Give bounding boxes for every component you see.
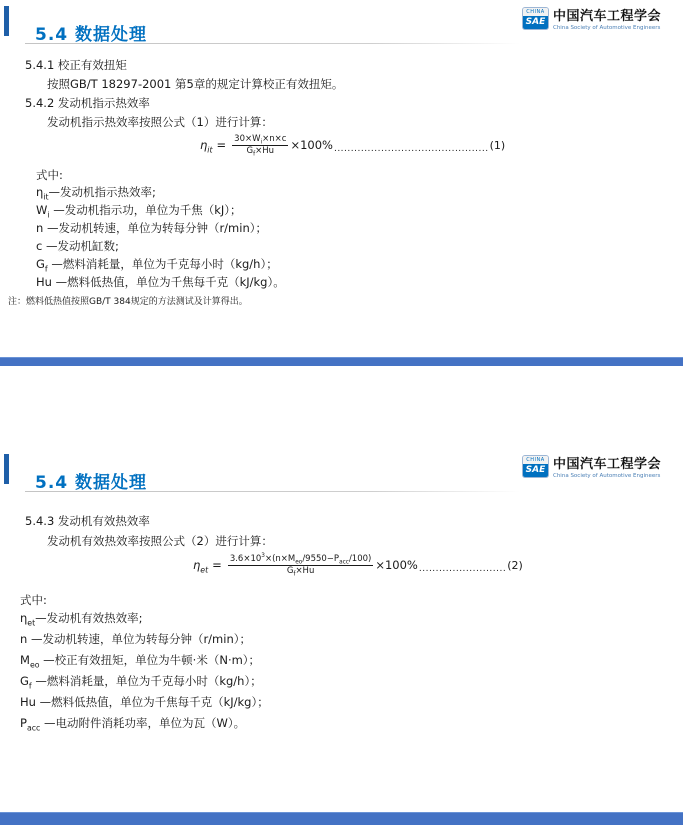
formula-2-number: (2): [507, 559, 523, 572]
badge-china-label: CHINA: [523, 8, 548, 16]
formula-1-numerator: 30×Wi×n×c: [232, 134, 288, 146]
formula-2-suffix: ×100%: [375, 558, 418, 572]
org-name: 中国汽车工程学会: [553, 453, 661, 472]
formula-1-dots: ........................................…: [334, 144, 489, 156]
title-accent-bar: [4, 454, 9, 484]
formula-1-denominator: Gf×Hu: [245, 146, 277, 157]
var-line: c —发动机缸数;: [36, 238, 119, 254]
formula-2-lhs: ηet: [193, 558, 208, 572]
formula-1-suffix: ×100%: [290, 138, 333, 152]
csae-logo: CHINA SAE 中国汽车工程学会 China Society of Auto…: [522, 453, 661, 479]
section-heading-541: 5.4.1 校正有效扭矩: [25, 57, 127, 73]
sae-badge-icon: CHINA SAE: [522, 455, 549, 478]
section-heading-542: 5.4.2 发动机指示热效率: [25, 95, 150, 111]
formula-2-numerator: 3.6×103×(n×Meo/9550−Pacc/100): [228, 554, 374, 566]
org-subtitle: China Society of Automotive Engineers: [553, 473, 661, 479]
formula-1-number: (1): [490, 139, 506, 152]
section-heading-543: 5.4.3 发动机有效热效率: [25, 513, 150, 529]
var-line: ηit—发动机指示热效率;: [36, 184, 156, 200]
section-body-541: 按照GB/T 18297-2001 第5章的规定计算校正有效扭矩。: [47, 76, 343, 92]
csae-logo: CHINA SAE 中国汽车工程学会 China Society of Auto…: [522, 5, 661, 31]
formula-2-denominator: Gf×Hu: [285, 566, 317, 577]
header-separator: [25, 491, 520, 492]
where-label: 式中:: [36, 167, 63, 183]
slide-title: 5.4 数据处理: [35, 20, 147, 45]
badge-china-label: CHINA: [523, 456, 548, 464]
formula-1-equals: =: [217, 138, 227, 152]
org-name: 中国汽车工程学会: [553, 5, 661, 24]
section-body-543: 发动机有效热效率按照公式（2）进行计算：: [47, 533, 273, 549]
formula-2-equals: =: [212, 558, 222, 572]
footnote: 注：燃料低热值按照GB/T 384规定的方法测试及计算得出。: [8, 294, 248, 307]
slide-bottom-bar: [0, 812, 683, 825]
var-line: Meo —校正有效扭矩，单位为牛顿·米（N·m）；: [20, 652, 260, 668]
var-line: Hu —燃料低热值，单位为千焦每千克（kJ/kg）。: [36, 274, 285, 290]
slide-2: 5.4 数据处理 CHINA SAE 中国汽车工程学会 China Societ…: [0, 448, 683, 825]
var-line: Gf —燃料消耗量，单位为千克每小时（kg/h）；: [36, 256, 278, 272]
var-line: Pacc —电动附件消耗功率，单位为瓦（W）。: [20, 715, 245, 731]
var-line: ηet—发动机有效热效率;: [20, 610, 143, 626]
section-body-542: 发动机指示热效率按照公式（1）进行计算：: [47, 114, 273, 130]
var-line: n —发动机转速，单位为转每分钟（r/min）；: [36, 220, 267, 236]
formula-2-fraction: 3.6×103×(n×Meo/9550−Pacc/100) Gf×Hu: [228, 554, 374, 576]
formula-1-fraction: 30×Wi×n×c Gf×Hu: [232, 134, 288, 156]
var-line: Wi —发动机指示功，单位为千焦（kJ）；: [36, 202, 242, 218]
where-label: 式中:: [20, 592, 47, 608]
var-line: Gf —燃料消耗量，单位为千克每小时（kg/h）；: [20, 673, 262, 689]
formula-2: ηet = 3.6×103×(n×Meo/9550−Pacc/100) Gf×H…: [193, 554, 523, 576]
slide-title: 5.4 数据处理: [35, 468, 147, 493]
header-separator: [25, 43, 520, 44]
var-line: Hu —燃料低热值，单位为千焦每千克（kJ/kg）；: [20, 694, 269, 710]
formula-2-dots: ..........................: [419, 564, 506, 576]
org-subtitle: China Society of Automotive Engineers: [553, 25, 661, 31]
org-name-block: 中国汽车工程学会 China Society of Automotive Eng…: [553, 5, 661, 31]
slide-bottom-bar: [0, 357, 683, 366]
formula-1-lhs: ηit: [200, 138, 213, 152]
org-name-block: 中国汽车工程学会 China Society of Automotive Eng…: [553, 453, 661, 479]
sae-badge-icon: CHINA SAE: [522, 7, 549, 30]
document-page: { "colors": { "title_blue": "#0070C0", "…: [0, 0, 683, 825]
title-accent-bar: [4, 6, 9, 36]
badge-sae-label: SAE: [523, 464, 548, 477]
badge-sae-label: SAE: [523, 16, 548, 29]
slide-1: 5.4 数据处理 CHINA SAE 中国汽车工程学会 China Societ…: [0, 0, 683, 365]
formula-1: ηit = 30×Wi×n×c Gf×Hu ×100% ............…: [200, 134, 505, 156]
var-line: n —发动机转速，单位为转每分钟（r/min）；: [20, 631, 251, 647]
